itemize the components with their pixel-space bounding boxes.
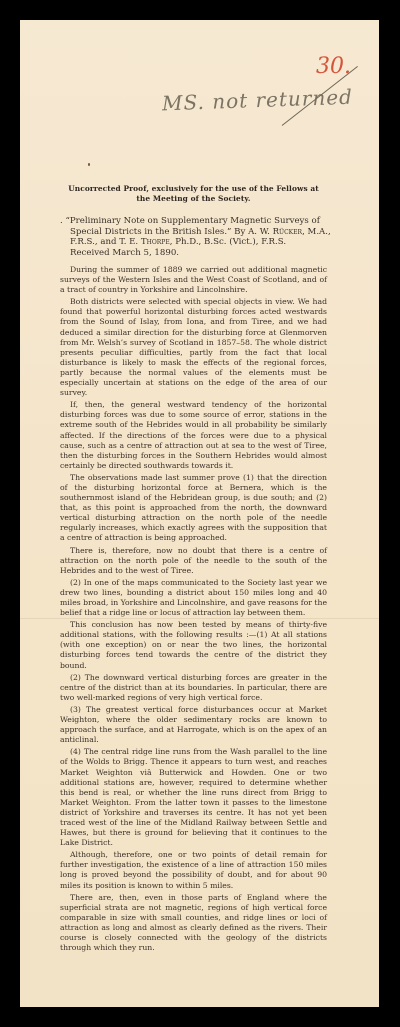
paragraph: Both districts were selected with specia… (60, 297, 327, 398)
author-rucker: Rücker (273, 227, 303, 237)
header-line-1: Uncorrected Proof, exclusively for the u… (60, 184, 327, 194)
paragraph: Although, therefore, one or two points o… (60, 850, 327, 890)
paragraph: During the summer of 1889 we carried out… (60, 265, 327, 295)
title-bullet: . (60, 216, 63, 226)
paragraph: This conclusion has now been tested by m… (60, 620, 327, 670)
paragraph: (2) The downward vertical disturbing for… (60, 673, 327, 703)
proof-header: Uncorrected Proof, exclusively for the u… (60, 184, 327, 204)
title-tail: , Ph.D., B.Sc. (Vict.), F.R.S. (170, 237, 286, 247)
received-date: Received March 5, 1890. (70, 248, 337, 259)
author-thorpe: Thorpe (141, 237, 170, 247)
document-page: 30. MS. not returned Uncorrected Proof, … (20, 20, 379, 1007)
paragraph: (4) The central ridge line runs from the… (60, 747, 327, 848)
paragraph: (2) In one of the maps communicated to t… (60, 578, 327, 618)
body-text: During the summer of 1889 we carried out… (60, 265, 327, 955)
paragraph: If, then, the general westward tendency … (60, 400, 327, 471)
header-line-2: the Meeting of the Society. (60, 194, 327, 204)
paragraph: The observations made last summer prove … (60, 473, 327, 544)
ink-speck (88, 163, 90, 166)
paper-title: . “Preliminary Note on Supplementary Mag… (60, 216, 337, 258)
paragraph: There is, therefore, now no doubt that t… (60, 546, 327, 576)
paragraph: There are, then, even in those parts of … (60, 893, 327, 954)
handwritten-note: MS. not returned (162, 85, 354, 116)
paragraph: (3) The greatest vertical force disturba… (60, 705, 327, 745)
